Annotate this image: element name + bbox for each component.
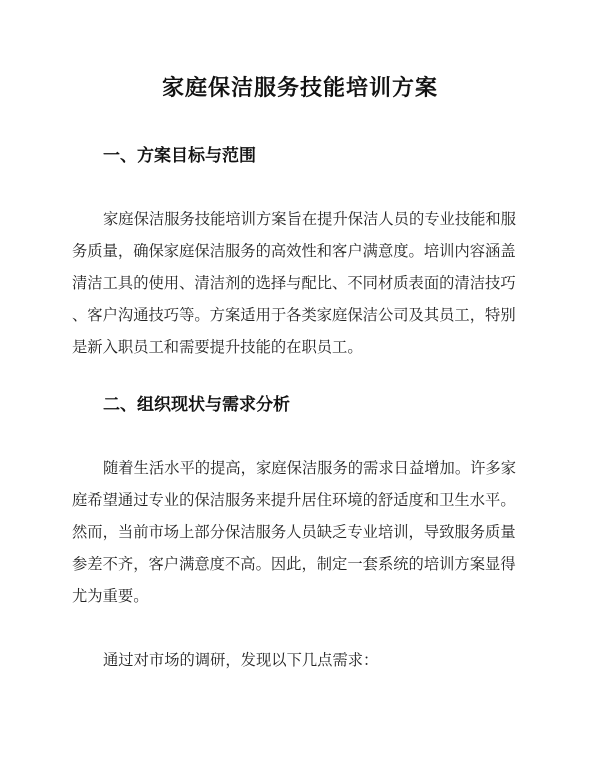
- paragraph-line: 然而，当前市场上部分保洁服务人员缺乏专业培训，导致服务质量: [72, 522, 532, 542]
- section-heading-2: 二、组织现状与需求分析: [103, 393, 290, 417]
- document-page: 家庭保洁服务技能培训方案 一、方案目标与范围 家庭保洁服务技能培训方案旨在提升保…: [0, 0, 600, 776]
- paragraph-line: 、客户沟通技巧等。方案适用于各类家庭保洁公司及其员工，特别: [72, 305, 532, 325]
- paragraph-line: 庭希望通过专业的保洁服务来提升居住环境的舒适度和卫生水平。: [72, 490, 532, 510]
- document-title: 家庭保洁服务技能培训方案: [0, 74, 600, 104]
- paragraph-line: 随着生活水平的提高，家庭保洁服务的需求日益增加。许多家: [103, 458, 563, 478]
- section-heading-1: 一、方案目标与范围: [103, 144, 256, 168]
- paragraph-line: 通过对市场的调研，发现以下几点需求：: [103, 650, 563, 670]
- paragraph-line: 是新入职员工和需要提升技能的在职员工。: [72, 337, 532, 357]
- paragraph-line: 清洁工具的使用、清洁剂的选择与配比、不同材质表面的清洁技巧: [72, 273, 532, 293]
- paragraph-line: 尤为重要。: [72, 586, 532, 606]
- paragraph-line: 家庭保洁服务技能培训方案旨在提升保洁人员的专业技能和服: [103, 209, 563, 229]
- paragraph-line: 参差不齐，客户满意度不高。因此，制定一套系统的培训方案显得: [72, 554, 532, 574]
- paragraph-line: 务质量，确保家庭保洁服务的高效性和客户满意度。培训内容涵盖: [72, 241, 532, 261]
